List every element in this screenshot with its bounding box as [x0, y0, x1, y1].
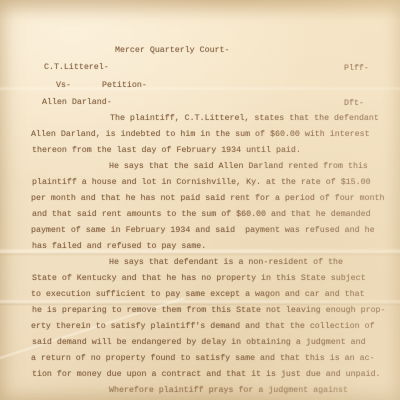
- body-line: plaintiff a house and lot in Cornishvill…: [32, 175, 400, 191]
- body-line: payment of same in February 1934 and sai…: [31, 223, 400, 239]
- plaintiff-abbrev: Plff-: [344, 64, 369, 73]
- body-line: The plaintiff, C.T.Litterel, states that…: [32, 111, 400, 127]
- body-line: He says that the said Allen Darland rent…: [31, 159, 400, 175]
- body-line: has failed and refused to pay same.: [32, 239, 400, 255]
- body-line: per month and that he has not paid said …: [31, 191, 400, 207]
- court-title: Mercer Quarterly Court-: [115, 46, 230, 55]
- body-line: to execution sufficient to pay same exce…: [31, 287, 400, 303]
- plaintiff-name: C.T.Litterel-: [44, 63, 109, 72]
- body-line: thereon from the last day of February 19…: [32, 143, 400, 159]
- body-line: said demand will be endangered by delay …: [32, 335, 400, 351]
- body-line: erty therein to satisfy plaintiff's dema…: [31, 319, 400, 335]
- defendant-name: Allen Darland-: [42, 98, 112, 107]
- petition-body: The plaintiff, C.T.Litterel, states that…: [31, 111, 400, 399]
- petition-label: Petition-: [102, 81, 147, 90]
- body-line-closing: Wherefore plaintiff prays for a judgment…: [31, 383, 400, 399]
- body-line: a return of no property found to satisfy…: [31, 351, 400, 367]
- body-line: tion for money due upon a contract and t…: [32, 367, 400, 383]
- body-line: he is preparing to remove them from this…: [32, 303, 400, 319]
- versus-label: Vs-: [56, 81, 71, 90]
- body-line: State of Kentucky and that he has no pro…: [32, 271, 400, 287]
- body-line: He says that defendant is a non-resident…: [31, 255, 400, 271]
- defendant-abbrev: Dft-: [344, 99, 364, 108]
- body-line: and that said rent amounts to the sum of…: [32, 207, 400, 223]
- scanned-petition-document: Mercer Quarterly Court- C.T.Litterel- Pl…: [0, 0, 400, 400]
- body-line: Allen Darland, is indebted to him in the…: [31, 127, 400, 143]
